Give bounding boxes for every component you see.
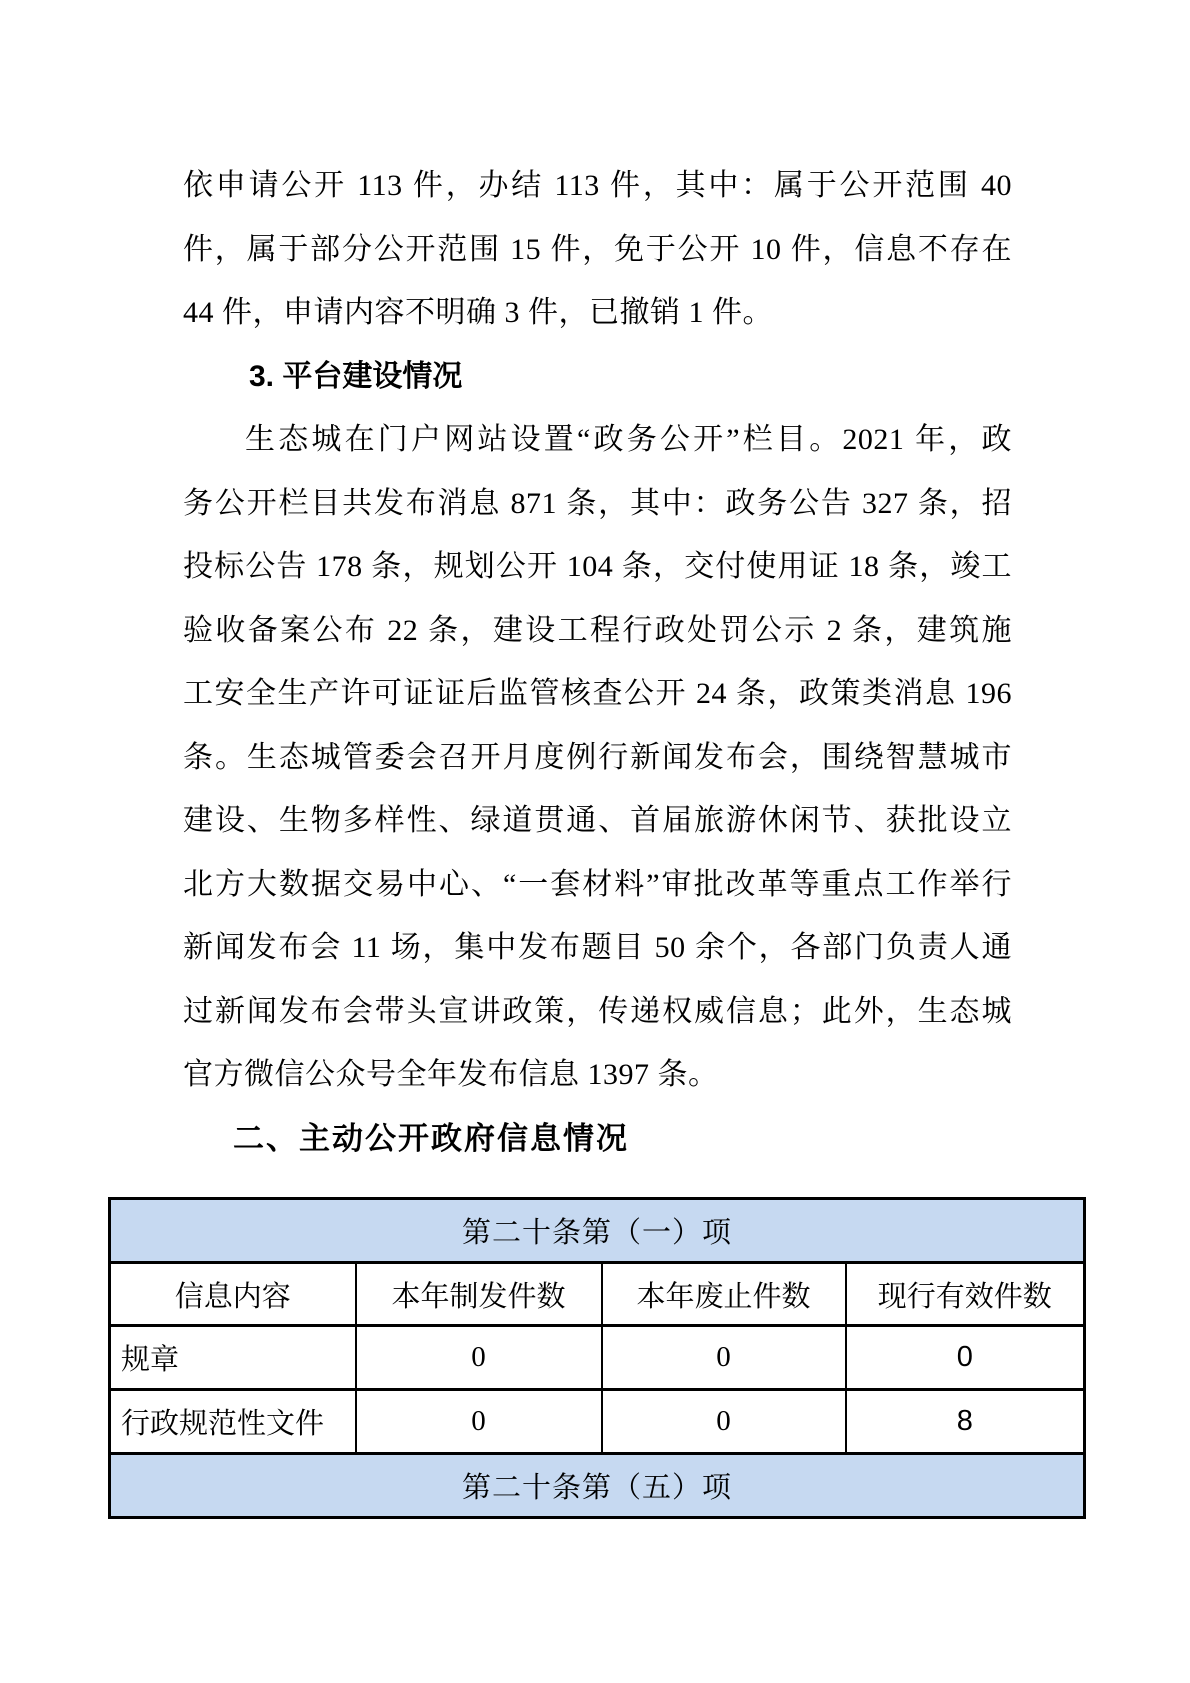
- row-label: 行政规范性文件: [110, 1390, 356, 1454]
- table-caption-top: 第二十条第（一）项: [110, 1199, 1085, 1263]
- table-header-row: 信息内容 本年制发件数 本年废止件数 现行有效件数: [110, 1263, 1085, 1326]
- heading-section-two: 二、主动公开政府信息情况: [183, 1107, 1012, 1171]
- text-line: 依申请公开 113 件，办结 113 件，其中：属于公开范围 40: [183, 154, 1012, 218]
- text-line: 生态城在门户网站设置“政务公开”栏目。2021 年，政: [183, 408, 1012, 472]
- row-label: 规章: [110, 1326, 356, 1390]
- text-line: 44 件，申请内容不明确 3 件，已撤销 1 件。: [183, 281, 1012, 345]
- text-line: 北方大数据交易中心、“一套材料”审批改革等重点工作举行: [183, 853, 1012, 917]
- text-line: 建设、生物多样性、绿道贯通、首届旅游休闲节、获批设立: [183, 789, 1012, 853]
- table-caption-row-top: 第二十条第（一）项: [110, 1199, 1085, 1263]
- cell-value: 8: [846, 1390, 1085, 1454]
- col-header-currently-valid: 现行有效件数: [846, 1263, 1085, 1326]
- table-row-regulations: 规章 0 0 0: [110, 1326, 1085, 1390]
- paragraph-platform-details: 生态城在门户网站设置“政务公开”栏目。2021 年，政务公开栏目共发布消息 87…: [183, 408, 1012, 1107]
- cell-value: 0: [356, 1326, 602, 1390]
- paragraph-request-stats: 依申请公开 113 件，办结 113 件，其中：属于公开范围 40件，属于部分公…: [183, 154, 1012, 345]
- text-line: 官方微信公众号全年发布信息 1397 条。: [183, 1043, 1012, 1107]
- cell-value: 0: [602, 1326, 846, 1390]
- col-header-issued-this-year: 本年制发件数: [356, 1263, 602, 1326]
- text-line: 务公开栏目共发布消息 871 条，其中：政务公告 327 条，招: [183, 472, 1012, 536]
- text-line: 验收备案公布 22 条，建设工程行政处罚公示 2 条，建筑施: [183, 599, 1012, 663]
- text-line: 过新闻发布会带头宣讲政策，传递权威信息；此外，生态城: [183, 980, 1012, 1044]
- table-caption-bottom: 第二十条第（五）项: [110, 1454, 1085, 1518]
- text-line: 投标公告 178 条，规划公开 104 条，交付使用证 18 条，竣工: [183, 535, 1012, 599]
- heading-platform-construction: 3. 平台建设情况: [183, 345, 1012, 409]
- cell-value: 0: [846, 1326, 1085, 1390]
- cell-value: 0: [356, 1390, 602, 1454]
- text-line: 件，属于部分公开范围 15 件，免于公开 10 件，信息不存在: [183, 218, 1012, 282]
- col-header-repealed-this-year: 本年废止件数: [602, 1263, 846, 1326]
- document-page: 依申请公开 113 件，办结 113 件，其中：属于公开范围 40件，属于部分公…: [0, 0, 1190, 1683]
- col-header-info-content: 信息内容: [110, 1263, 356, 1326]
- disclosure-table: 第二十条第（一）项 信息内容 本年制发件数 本年废止件数 现行有效件数 规章 0…: [108, 1197, 1086, 1519]
- text-line: 新闻发布会 11 场，集中发布题目 50 余个，各部门负责人通: [183, 916, 1012, 980]
- text-line: 条。生态城管委会召开月度例行新闻发布会，围绕智慧城市: [183, 726, 1012, 790]
- table-caption-row-bottom: 第二十条第（五）项: [110, 1454, 1085, 1518]
- text-line: 工安全生产许可证证后监管核查公开 24 条，政策类消息 196: [183, 662, 1012, 726]
- table-row-normative-documents: 行政规范性文件 0 0 8: [110, 1390, 1085, 1454]
- text-block: 依申请公开 113 件，办结 113 件，其中：属于公开范围 40件，属于部分公…: [183, 154, 1012, 1170]
- cell-value: 0: [602, 1390, 846, 1454]
